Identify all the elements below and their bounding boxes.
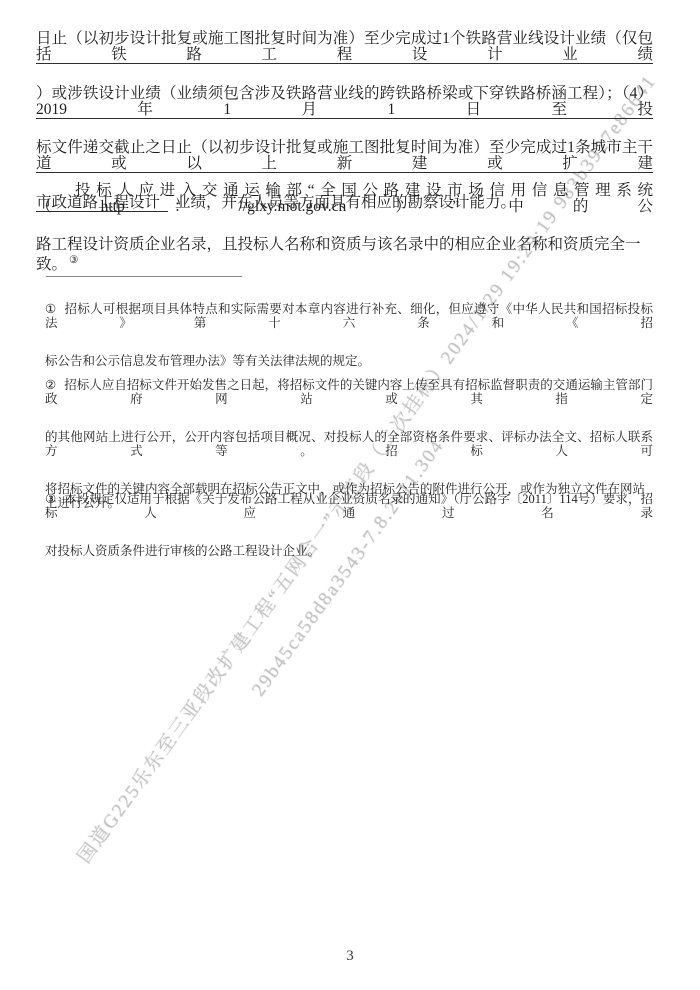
text-line: ）或涉铁设计业绩（业绩须包含涉及铁路营业线的跨铁路桥梁或下穿铁路桥涵工程）；（4… — [36, 86, 653, 119]
footnote-text: 招标人可根据项目具体特点和实际需要对本章内容进行补充、细化，但应遵守《中华人民共… — [45, 302, 653, 330]
footnote-text: 招标人应自招标文件开始发售之日起，将招标文件的关键内容上传至具有招标监督职责的交… — [45, 378, 653, 406]
footnote-reference-3: ③ — [69, 255, 78, 266]
footnote-marker: ② — [45, 378, 56, 392]
footnote-text: 本段规定仅适用于根据《关于发布公路工程从业企业资质名录的通知》（厅公路字〔201… — [45, 492, 653, 520]
footnote-line: ①招标人可根据项目具体特点和实际需要对本章内容进行补充、细化，但应遵守《中华人民… — [45, 302, 653, 330]
footnote-line: ②招标人应自招标文件开始发售之日起，将招标文件的关键内容上传至具有招标监督职责的… — [45, 378, 653, 406]
text-line: 标文件递交截止之日止（以初步设计批复或施工图批复时间为准）至少完成过1条城市主干… — [36, 140, 653, 173]
footnote-line: ③本段规定仅适用于根据《关于发布公路工程从业企业资质名录的通知》（厅公路字〔20… — [45, 492, 653, 520]
document-page: 国道G225乐东至三亚段改扩建工程“五网合一”示范段（二次挂标）2024/1/2… — [0, 0, 700, 990]
text-line: 日止（以初步设计批复或施工图批复时间为准）至少完成过1个铁路营业线设计业绩（仅包… — [36, 31, 653, 64]
text-run: 路工程设计资质企业名录，且投标人名称和资质与该名录中的相应企业名称和资质完全一致… — [36, 236, 641, 273]
footnote-line: 标公告和公示信息发布管理办法》等有关法律法规的规定。 — [45, 354, 653, 368]
footnote-marker: ③ — [45, 492, 56, 506]
footnote-3: ③本段规定仅适用于根据《关于发布公路工程从业企业资质名录的通知》（厅公路字〔20… — [45, 492, 653, 582]
page-number: 3 — [0, 948, 700, 965]
footnote-line: 对投标人资质条件进行审核的公路工程设计企业。 — [45, 544, 653, 558]
footnote-separator — [46, 276, 242, 277]
text-line: 投标人应进入交通运输部“全国公路建设市场信用信息管理系统（http：//glxy… — [36, 183, 653, 215]
footnote-line: 的其他网站上进行公开，公开内容包括项目概况、对投标人的全部资格条件要求、评标办法… — [45, 430, 653, 458]
paragraph-credit-system: 投标人应进入交通运输部“全国公路建设市场信用信息管理系统（http：//glxy… — [36, 183, 653, 294]
footnote-marker: ① — [45, 302, 57, 316]
text-line: 路工程设计资质企业名录，且投标人名称和资质与该名录中的相应企业名称和资质完全一致… — [36, 237, 653, 273]
